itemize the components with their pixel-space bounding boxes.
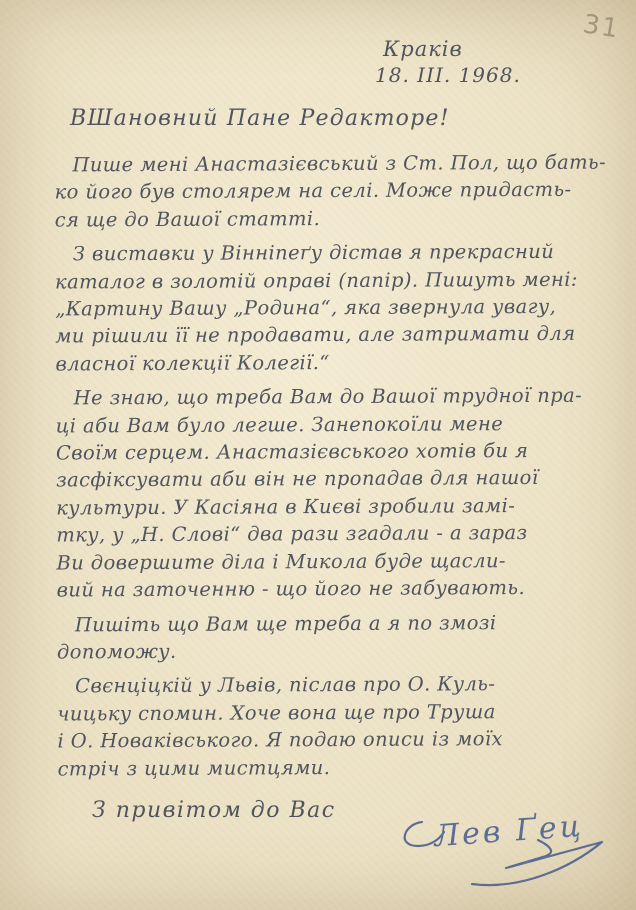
date: 18. III. 1968. [375,62,521,88]
letter-line: засфіксувати аби він не пропадав для наш… [56,464,622,494]
salutation: ВШановний Пане Редакторе! [70,106,450,131]
letter-line: допоможу. [57,635,623,665]
letter-line: культури. У Касіяна в Києві зробили замі… [56,491,622,521]
letter-line: вий на заточенню - що його не забувають. [57,574,623,604]
letter-line: ко його був столярем на селі. Може прида… [54,176,620,206]
letter-line: стріч з цими мистцями. [57,752,623,782]
letter-line: Свєнціцкій у Львів, післав про О. Куль- [57,670,623,700]
paragraph: Пише мені Анастазієвський з Ст. Пол, що … [54,149,620,234]
letter-line: Пише мені Анастазієвський з Ст. Пол, що … [54,149,620,179]
letter-body: Пише мені Анастазієвський з Ст. Пол, що … [54,149,623,790]
paragraph: Не знаю, що треба Вам до Вашої трудної п… [56,382,623,604]
letter-line: каталог в золотій оправі (папір). Пишуть… [55,265,621,295]
letter-line: ся ще до Вашої статті. [55,203,621,233]
paragraph: Свєнціцкій у Львів, післав про О. Куль- … [57,670,624,783]
letter-line: З виставки у Вінніпеґу дістав я прекрасн… [55,238,621,268]
paragraph: Пишіть що Вам ще треба а я по змозі допо… [57,608,623,666]
letter-line: ми рішили її не продавати, але затримати… [55,320,621,350]
letter-line: чицьку спомин. Хоче вона ще про Труша [57,697,623,727]
letter-line: Ви довершите діла і Микола буде щасли- [56,546,622,576]
closing: З привітом до Вас [92,798,336,823]
letter-line: і О. Новаківського. Я подаю описи із мої… [57,725,623,755]
letter-line: Не знаю, що треба Вам до Вашої трудної п… [56,382,622,412]
letter-page: 31 Краків 18. III. 1968. ВШановний Пане … [0,0,636,910]
page-number: 31 [581,9,622,44]
place: Краків [383,36,521,62]
dateline: Краків 18. III. 1968. [383,36,521,88]
letter-line: ці аби Вам було легше. Занепокоїли мене [56,409,622,439]
signature-block: Лев Ґец [388,806,628,902]
letter-line: Пишіть що Вам ще треба а я по змозі [57,608,623,638]
paragraph: З виставки у Вінніпеґу дістав я прекрасн… [55,238,622,378]
letter-line: тку, у „Н. Слові“ два рази згадали - а з… [56,519,622,549]
letter-line: власної колекції Колегії.“ [55,347,621,377]
letter-line: „Картину Вашу „Родина“, яка звернула ува… [55,293,621,323]
letter-line: Своїм серцем. Анастазієвського хотів би … [56,437,622,467]
